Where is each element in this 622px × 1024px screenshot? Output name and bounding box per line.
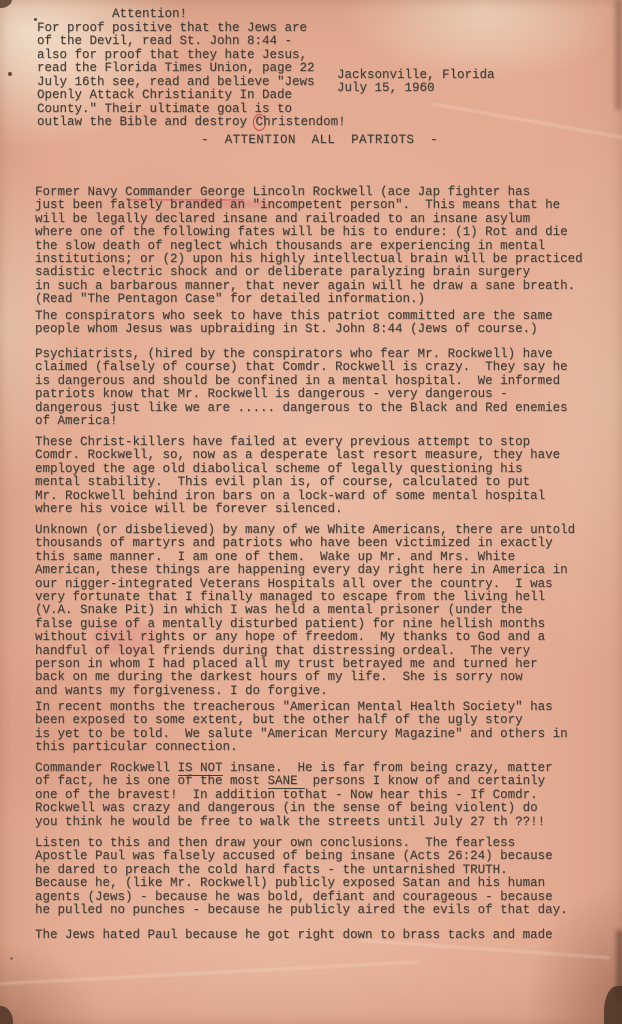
paper-corner-stain: [604, 986, 622, 1024]
paragraph-rockwell-branded: Former Navy Commander George Lincoln Roc…: [35, 186, 607, 307]
paper-speck: [10, 957, 13, 960]
paragraph-last-resort: These Christ-killers have failed at ever…: [35, 436, 607, 516]
paragraph-apostle-paul: Listen to this and then draw your own co…: [35, 837, 607, 917]
paper-corner-stain: [0, 0, 12, 8]
paragraph-text: Former Navy: [35, 185, 125, 199]
document-page: Attention! For proof positive that the J…: [0, 0, 622, 1024]
paper-edge-stain: [615, 0, 622, 110]
attention-note-tail: hristendom!: [263, 115, 346, 129]
paper-crease: [431, 103, 622, 140]
paper-edge-stain: [616, 930, 622, 1000]
paragraph-text: Commander Rockwell: [35, 761, 178, 775]
paragraph-conspirators: The conspirators who seek to have this p…: [35, 310, 607, 337]
banner-heading: - ATTENTION ALL PATRIOTS -: [201, 134, 438, 147]
paragraph-text: Lincoln Rockwell (ace Jap fighter has ju…: [35, 185, 583, 306]
red-underlined-text: Commander George: [125, 185, 245, 199]
paper-corner-stain: [0, 1006, 13, 1024]
attention-note-text: Attention! For proof positive that the J…: [37, 7, 315, 129]
paragraph-personal-account: Unknown (or disbelieved) by many of we W…: [35, 524, 607, 698]
paragraph-recent-months: In recent months the treacherous "Americ…: [35, 701, 607, 755]
attention-note: Attention! For proof positive that the J…: [37, 8, 367, 130]
paragraph-is-not-insane: Commander Rockwell IS NOT insane. He is …: [35, 762, 607, 829]
paragraph-final-line: The Jews hated Paul because he got right…: [35, 929, 607, 942]
dateline: Jacksonville, Florida July 15, 1960: [337, 69, 495, 96]
paper-crease: [0, 961, 420, 986]
paragraph-psychiatrists: Psychiatrists, (hired by the conspirator…: [35, 348, 607, 428]
paper-speck: [8, 72, 12, 76]
